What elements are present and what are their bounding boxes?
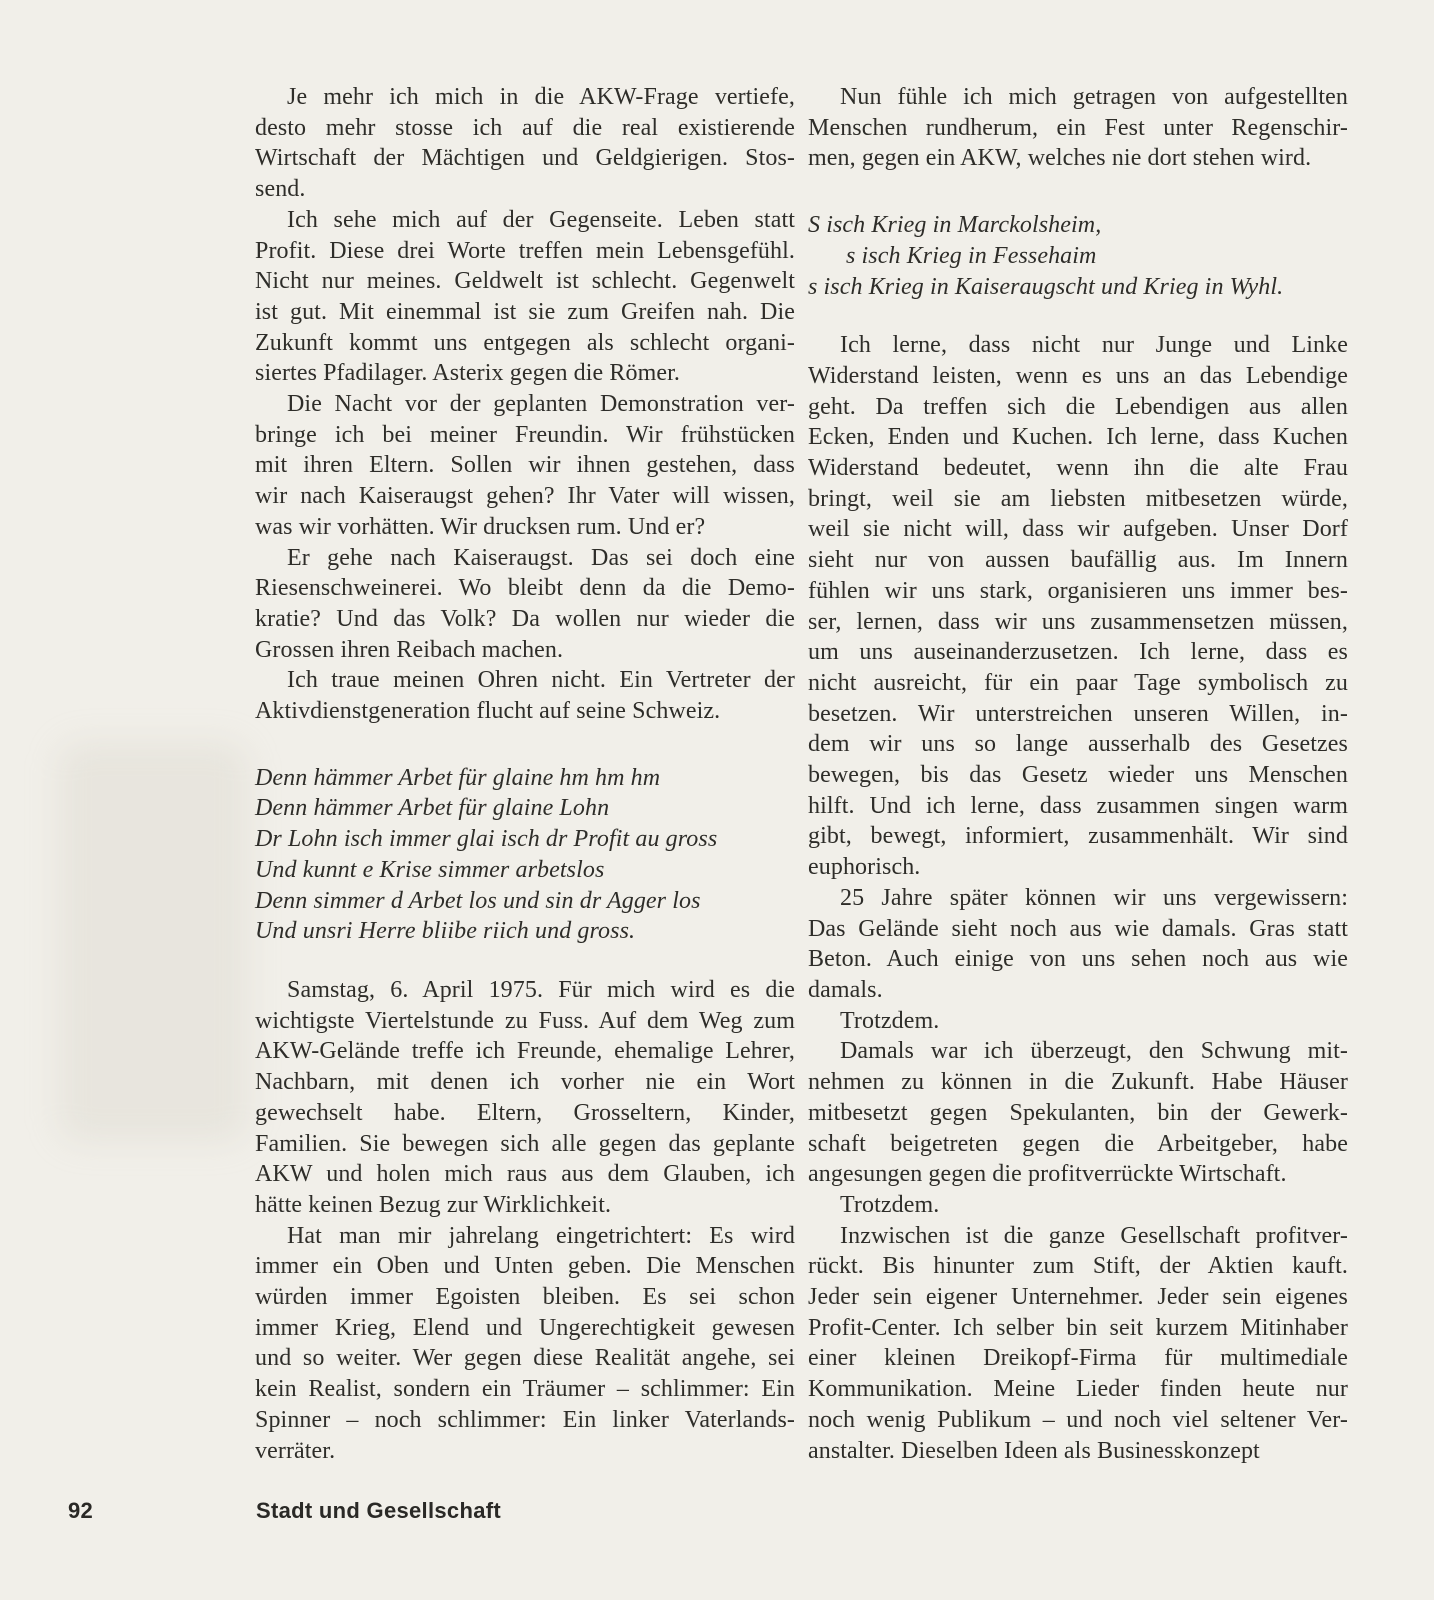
text-line: fühlen wir uns stark, organisieren uns i…: [808, 576, 1348, 607]
scan-artifact: [58, 742, 248, 1142]
paragraph: Trotzdem.: [808, 1190, 1348, 1221]
text-line: s isch Krieg in Fessehaim: [808, 241, 1348, 272]
text-line: Trotzdem.: [808, 1190, 1348, 1221]
text-line: Und kunnt e Krise simmer arbetslos: [255, 855, 795, 886]
section-title: Stadt und Gesellschaft: [256, 1499, 501, 1523]
text-line: weil sie nicht will, dass wir aufgeben. …: [808, 514, 1348, 545]
text-line: Und unsri Herre bliibe riich und gross.: [255, 916, 795, 947]
text-line: Denn hämmer Arbet für glaine Lohn: [255, 793, 795, 824]
text-line: Damals war ich überzeugt, den Schwung mi…: [808, 1036, 1348, 1067]
text-line: mitbesetzt gegen Spekulanten, bin der Ge…: [808, 1098, 1348, 1129]
text-line: bringt, weil sie am liebsten mitbesetzen…: [808, 484, 1348, 515]
text-line: Nun fühle ich mich getragen von aufgeste…: [808, 82, 1348, 113]
text-line: Kommunikation. Meine Lieder finden heute…: [808, 1374, 1348, 1405]
paragraph: Er gehe nach Kaiseraugst. Das sei doch e…: [255, 543, 795, 666]
text-line: Er gehe nach Kaiseraugst. Das sei doch e…: [255, 543, 795, 574]
text-line: hilft. Und ich lerne, dass zusammen sing…: [808, 791, 1348, 822]
text-line: und so weiter. Wer gegen diese Realität …: [255, 1343, 795, 1374]
text-line: was wir vorhätten. Wir drucksen rum. Und…: [255, 512, 795, 543]
text-line: Menschen rundherum, ein Fest unter Regen…: [808, 113, 1348, 144]
text-line: nicht ausreicht, für ein paar Tage symbo…: [808, 668, 1348, 699]
text-line: Hat man mir jahrelang eingetrichtert: Es…: [255, 1221, 795, 1252]
text-line: Riesenschweinerei. Wo bleibt denn da die…: [255, 573, 795, 604]
verse-block: S isch Krieg in Marckolsheim,s isch Krie…: [808, 210, 1348, 302]
text-line: ser, lernen, dass wir uns zusammensetzen…: [808, 607, 1348, 638]
text-line: Widerstand bedeutet, wenn ihn die alte F…: [808, 453, 1348, 484]
text-line: anstalter. Dieselben Ideen als Businessk…: [808, 1436, 1348, 1467]
text-line: mit ihren Eltern. Sollen wir ihnen geste…: [255, 450, 795, 481]
text-line: Denn hämmer Arbet für glaine hm hm hm: [255, 763, 795, 794]
text-line: Denn simmer d Arbet los und sin dr Agger…: [255, 886, 795, 917]
paragraph: Trotzdem.: [808, 1006, 1348, 1037]
text-line: Widerstand leisten, wenn es uns an das L…: [808, 361, 1348, 392]
page-footer: 92 Stadt und Gesellschaft: [0, 1499, 1434, 1529]
paragraph: Inzwischen ist die ganze Gesellschaft pr…: [808, 1221, 1348, 1467]
text-line: Ich lerne, dass nicht nur Junge und Link…: [808, 330, 1348, 361]
text-line: S isch Krieg in Marckolsheim,: [808, 210, 1348, 241]
text-line: würden immer Egoisten bleiben. Es sei sc…: [255, 1282, 795, 1313]
text-line: Ich sehe mich auf der Gegenseite. Leben …: [255, 205, 795, 236]
text-line: um uns auseinanderzusetzen. Ich lerne, d…: [808, 637, 1348, 668]
text-line: geht. Da treffen sich die Lebendigen aus…: [808, 392, 1348, 423]
text-line: hätte keinen Bezug zur Wirklichkeit.: [255, 1190, 795, 1221]
text-line: kein Realist, sondern ein Träumer – schl…: [255, 1374, 795, 1405]
text-line: Profit. Diese drei Worte treffen mein Le…: [255, 236, 795, 267]
text-line: besetzen. Wir unterstreichen unseren Wil…: [808, 699, 1348, 730]
text-line: Nicht nur meines. Geldwelt ist schlecht.…: [255, 266, 795, 297]
paragraph: Ich traue meinen Ohren nicht. Ein Vertre…: [255, 665, 795, 726]
text-line: wichtigste Viertelstunde zu Fuss. Auf de…: [255, 1006, 795, 1037]
text-line: schaft beigetreten gegen die Arbeitgeber…: [808, 1129, 1348, 1160]
text-line: sieht nur von aussen baufällig aus. Im I…: [808, 545, 1348, 576]
text-line: einer kleinen Dreikopf-Firma für multime…: [808, 1343, 1348, 1374]
paragraph: Samstag, 6. April 1975. Für mich wird es…: [255, 975, 795, 1221]
text-line: 25 Jahre später können wir uns vergewiss…: [808, 883, 1348, 914]
text-line: nehmen zu können in die Zukunft. Habe Hä…: [808, 1067, 1348, 1098]
text-line: Inzwischen ist die ganze Gesellschaft pr…: [808, 1221, 1348, 1252]
paragraph: Ich lerne, dass nicht nur Junge und Link…: [808, 330, 1348, 883]
text-line: immer ein Oben und Unten geben. Die Mens…: [255, 1251, 795, 1282]
text-line: desto mehr stosse ich auf die real exist…: [255, 113, 795, 144]
text-line: verräter.: [255, 1436, 795, 1467]
text-line: bringe ich bei meiner Freundin. Wir früh…: [255, 420, 795, 451]
text-line: Spinner – noch schlimmer: Ein linker Vat…: [255, 1405, 795, 1436]
text-line: Nachbarn, mit denen ich vorher nie ein W…: [255, 1067, 795, 1098]
paragraph: Nun fühle ich mich getragen von aufgeste…: [808, 82, 1348, 174]
text-line: Trotzdem.: [808, 1006, 1348, 1037]
paragraph: Hat man mir jahrelang eingetrichtert: Es…: [255, 1221, 795, 1467]
text-line: siertes Pfadilager. Asterix gegen die Rö…: [255, 358, 795, 389]
paragraph: Die Nacht vor der geplanten Demonstratio…: [255, 389, 795, 543]
text-line: Die Nacht vor der geplanten Demonstratio…: [255, 389, 795, 420]
text-line: rückt. Bis hinunter zum Stift, der Aktie…: [808, 1251, 1348, 1282]
left-column: Je mehr ich mich in die AKW-Frage vertie…: [255, 82, 795, 1466]
paragraph: Je mehr ich mich in die AKW-Frage vertie…: [255, 82, 795, 205]
text-line: gibt, bewegt, informiert, zusammenhält. …: [808, 821, 1348, 852]
text-line: noch wenig Publikum – und noch viel selt…: [808, 1405, 1348, 1436]
text-line: Aktivdienstgeneration flucht auf seine S…: [255, 696, 795, 727]
text-line: gewechselt habe. Eltern, Grosseltern, Ki…: [255, 1098, 795, 1129]
verse-block: Denn hämmer Arbet für glaine hm hm hmDen…: [255, 763, 795, 947]
text-line: Dr Lohn isch immer glai isch dr Profit a…: [255, 824, 795, 855]
text-line: immer Krieg, Elend und Ungerechtigkeit g…: [255, 1313, 795, 1344]
text-line: euphorisch.: [808, 852, 1348, 883]
text-line: Samstag, 6. April 1975. Für mich wird es…: [255, 975, 795, 1006]
paragraph: Ich sehe mich auf der Gegenseite. Leben …: [255, 205, 795, 389]
text-line: Profit-Center. Ich selber bin seit kurze…: [808, 1313, 1348, 1344]
text-line: Jeder sein eigener Unternehmer. Jeder se…: [808, 1282, 1348, 1313]
text-line: angesungen gegen die profitverrückte Wir…: [808, 1159, 1348, 1190]
right-column: Nun fühle ich mich getragen von aufgeste…: [808, 82, 1348, 1466]
text-line: bewegen, bis das Gesetz wieder uns Mensc…: [808, 760, 1348, 791]
text-line: Ecken, Enden und Kuchen. Ich lerne, dass…: [808, 422, 1348, 453]
text-line: Familien. Sie bewegen sich alle gegen da…: [255, 1129, 795, 1160]
text-line: kratie? Und das Volk? Da wollen nur wied…: [255, 604, 795, 635]
text-line: Grossen ihren Reibach machen.: [255, 635, 795, 666]
text-line: dem wir uns so lange ausserhalb des Gese…: [808, 729, 1348, 760]
paragraph: 25 Jahre später können wir uns vergewiss…: [808, 883, 1348, 1006]
text-line: wir nach Kaiseraugst gehen? Ihr Vater wi…: [255, 481, 795, 512]
text-line: Das Gelände sieht noch aus wie damals. G…: [808, 914, 1348, 945]
paragraph: Damals war ich überzeugt, den Schwung mi…: [808, 1036, 1348, 1190]
text-line: AKW und holen mich raus aus dem Glauben,…: [255, 1159, 795, 1190]
text-line: Beton. Auch einige von uns sehen noch au…: [808, 944, 1348, 975]
text-line: send.: [255, 174, 795, 205]
page-number: 92: [68, 1499, 93, 1523]
text-line: Ich traue meinen Ohren nicht. Ein Vertre…: [255, 665, 795, 696]
text-line: men, gegen ein AKW, welches nie dort ste…: [808, 143, 1348, 174]
text-line: Wirtschaft der Mächtigen und Geldgierige…: [255, 143, 795, 174]
text-line: Zukunft kommt uns entgegen als schlecht …: [255, 328, 795, 359]
text-line: ist gut. Mit einemmal ist sie zum Greife…: [255, 297, 795, 328]
text-line: AKW-Gelände treffe ich Freunde, ehemalig…: [255, 1036, 795, 1067]
text-line: damals.: [808, 975, 1348, 1006]
text-line: s isch Krieg in Kaiseraugscht und Krieg …: [808, 272, 1348, 303]
text-line: Je mehr ich mich in die AKW-Frage vertie…: [255, 82, 795, 113]
